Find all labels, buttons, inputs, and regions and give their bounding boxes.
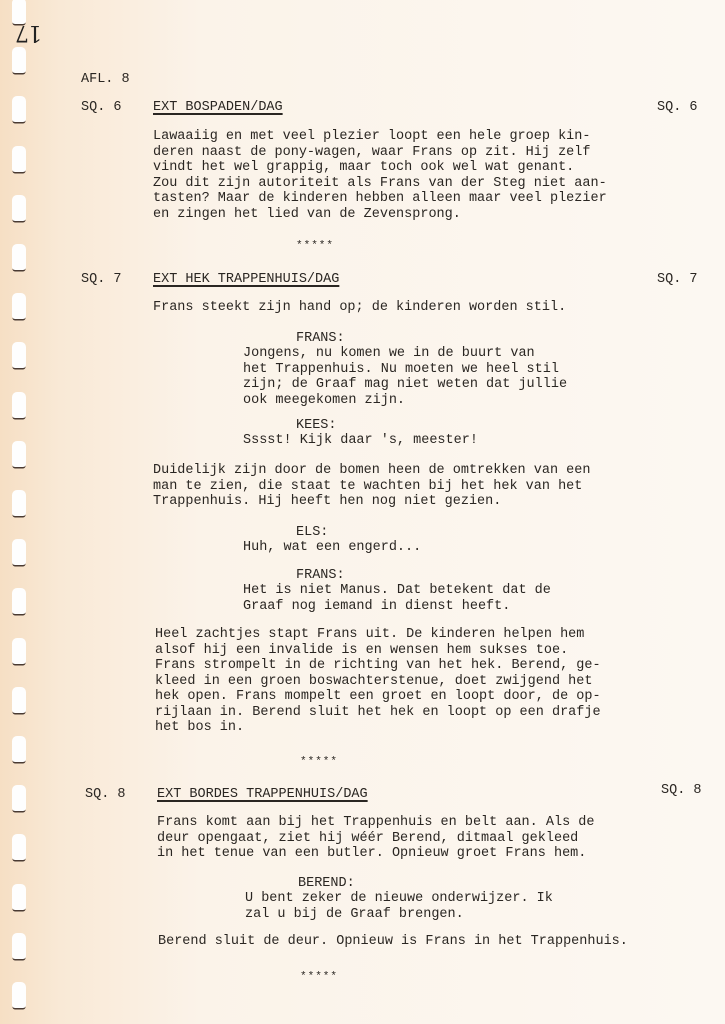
dialogue-text: Jongens, nu komen we in de buurt van het… bbox=[243, 346, 567, 408]
binding-hole bbox=[12, 834, 26, 860]
scene-number-left: SQ. 7 bbox=[81, 272, 122, 288]
scene-number-left: SQ. 6 bbox=[81, 100, 122, 116]
dialogue-text: U bent zeker de nieuwe onderwijzer. Ik z… bbox=[245, 891, 553, 922]
binding-hole bbox=[12, 244, 26, 270]
binding-hole bbox=[12, 96, 26, 122]
binding-hole bbox=[12, 539, 26, 565]
binding-hole bbox=[12, 342, 26, 368]
binding-hole bbox=[12, 441, 26, 467]
character-name: KEES: bbox=[296, 418, 337, 433]
binding-holes bbox=[12, 0, 32, 1024]
binding-hole bbox=[12, 146, 26, 172]
scene-number-right: SQ. 8 bbox=[661, 783, 702, 799]
scene-heading: EXT HEK TRAPPENHUIS/DAG bbox=[153, 272, 339, 288]
dialogue-text: Het is niet Manus. Dat betekent dat de G… bbox=[243, 583, 551, 614]
character-name: ELS: bbox=[296, 525, 328, 540]
binding-hole bbox=[12, 687, 26, 713]
binding-hole bbox=[12, 588, 26, 614]
handwritten-page-number: 17 bbox=[16, 20, 42, 45]
character-name: FRANS: bbox=[296, 331, 345, 346]
binding-hole bbox=[12, 47, 26, 73]
binding-hole bbox=[12, 982, 26, 1008]
binding-hole bbox=[12, 195, 26, 221]
scene-separator: ***** bbox=[300, 971, 338, 983]
action-paragraph: Duidelijk zijn door de bomen heen de omt… bbox=[153, 463, 590, 510]
scene-separator: ***** bbox=[300, 756, 338, 768]
character-name: BEREND: bbox=[298, 876, 355, 891]
binding-hole bbox=[12, 490, 26, 516]
dialogue-text: Huh, wat een engerd... bbox=[243, 540, 421, 556]
scene-number-left: SQ. 8 bbox=[85, 787, 126, 803]
character-name: FRANS: bbox=[296, 568, 345, 583]
action-paragraph: Frans komt aan bij het Trappenhuis en be… bbox=[157, 815, 594, 862]
binding-hole bbox=[12, 933, 26, 959]
episode-label: AFL. 8 bbox=[81, 72, 130, 87]
scene-heading: EXT BORDES TRAPPENHUIS/DAG bbox=[157, 787, 368, 803]
binding-hole bbox=[12, 785, 26, 811]
scene-heading: EXT BOSPADEN/DAG bbox=[153, 100, 283, 116]
action-paragraph: Frans steekt zijn hand op; de kinderen w… bbox=[153, 300, 566, 316]
binding-hole bbox=[12, 884, 26, 910]
binding-hole bbox=[12, 392, 26, 418]
scene-number-right: SQ. 7 bbox=[657, 272, 698, 288]
script-page: 17 AFL. 8 SQ. 6 EXT BOSPADEN/DAG SQ. 6 L… bbox=[0, 0, 725, 1024]
action-paragraph: Berend sluit de deur. Opnieuw is Frans i… bbox=[158, 934, 628, 950]
action-paragraph: Lawaaiig en met veel plezier loopt een h… bbox=[153, 129, 607, 222]
scene-separator: ***** bbox=[296, 240, 334, 252]
binding-hole bbox=[12, 736, 26, 762]
scene-number-right: SQ. 6 bbox=[657, 100, 698, 116]
binding-hole bbox=[12, 293, 26, 319]
binding-hole bbox=[12, 638, 26, 664]
action-paragraph: Heel zachtjes stapt Frans uit. De kinder… bbox=[155, 627, 601, 736]
dialogue-text: Sssst! Kijk daar 's, meester! bbox=[243, 433, 478, 449]
